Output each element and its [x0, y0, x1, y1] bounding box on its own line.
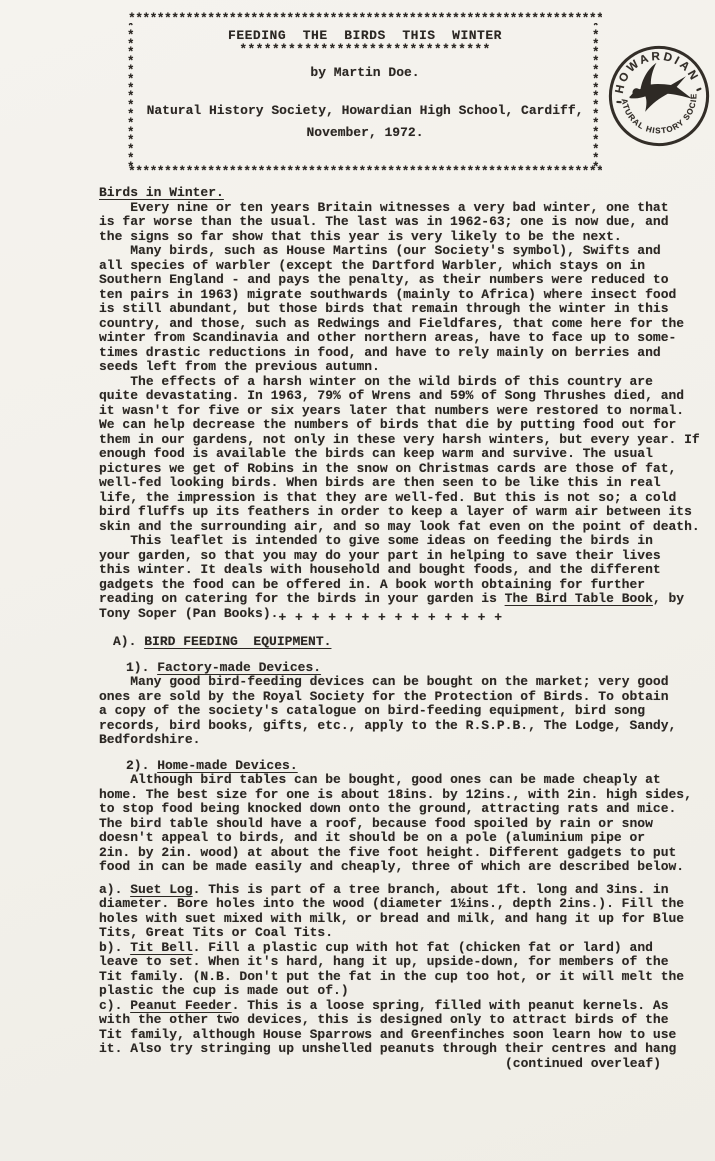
box-border-left: ********************: [127, 23, 138, 169]
plus-separator: + + + + + + + + + + + + + +: [278, 610, 502, 625]
subsection-1-title: Factory-made Devices.: [157, 660, 321, 675]
section-a-heading: A). BIRD FEEDING EQUIPMENT.: [99, 635, 713, 650]
home-made-para: Although bird tables can be bought, good…: [99, 773, 713, 875]
header-content: FEEDING THE BIRDS THIS WINTER **********…: [146, 29, 584, 140]
continuation-note: (continued overleaf): [99, 1057, 713, 1072]
intro-para-1: Every nine or ten years Britain witnesse…: [99, 201, 713, 245]
header-box: ****************************************…: [124, 15, 606, 177]
subsection-1-prefix: 1).: [126, 660, 157, 675]
factory-made-para: Many good bird-feeding devices can be bo…: [99, 675, 713, 748]
box-border-top: ****************************************…: [128, 12, 602, 27]
item-tit-bell: b). Tit Bell. Fill a plastic cup with ho…: [99, 941, 713, 999]
section-a-prefix: A).: [113, 634, 144, 649]
subsection-2-title: Home-made Devices.: [157, 758, 297, 773]
item-c-prefix: c).: [99, 998, 130, 1013]
intro-para-3: The effects of a harsh winter on the wil…: [99, 375, 713, 535]
section-a-title: BIRD FEEDING EQUIPMENT.: [144, 634, 331, 649]
society-stamp-svg: HOWARDIAN NATURAL HISTORY SOCIETY: [597, 32, 715, 160]
box-border-right: ********************: [592, 23, 603, 169]
logo-right-separator: [696, 87, 702, 91]
intro-para-4: This leaflet is intended to give some id…: [99, 534, 713, 621]
section-heading-text: Birds in Winter.: [99, 185, 224, 200]
item-b-prefix: b).: [99, 940, 130, 955]
subsection-1-heading: 1). Factory-made Devices.: [99, 661, 713, 676]
organization-line: Natural History Society, Howardian High …: [146, 104, 584, 119]
item-peanut-feeder: c). Peanut Feeder. This is a loose sprin…: [99, 999, 713, 1057]
subsection-2-prefix: 2).: [126, 758, 157, 773]
item-suet-log: a). Suet Log. This is part of a tree bra…: [99, 883, 713, 941]
box-border-bottom: ****************************************…: [128, 165, 602, 180]
date-line: November, 1972.: [146, 126, 584, 141]
byline: by Martin Doe.: [146, 66, 584, 81]
item-c-label: Peanut Feeder: [130, 998, 231, 1013]
intro-para-2: Many birds, such as House Martins (our S…: [99, 244, 713, 375]
scanned-leaflet-page: ****************************************…: [0, 0, 715, 1161]
item-a-prefix: a).: [99, 882, 130, 897]
society-logo: HOWARDIAN NATURAL HISTORY SOCIETY: [597, 32, 715, 160]
book-title: The Bird Table Book: [505, 591, 653, 606]
item-a-label: Suet Log: [130, 882, 192, 897]
section-heading-birds-in-winter: Birds in Winter.: [99, 186, 713, 201]
item-b-label: Tit Bell: [130, 940, 192, 955]
subsection-2-heading: 2). Home-made Devices.: [99, 759, 713, 774]
article-body: Birds in Winter. Every nine or ten years…: [99, 186, 713, 1071]
title-underline-stars: *******************************: [146, 44, 584, 55]
